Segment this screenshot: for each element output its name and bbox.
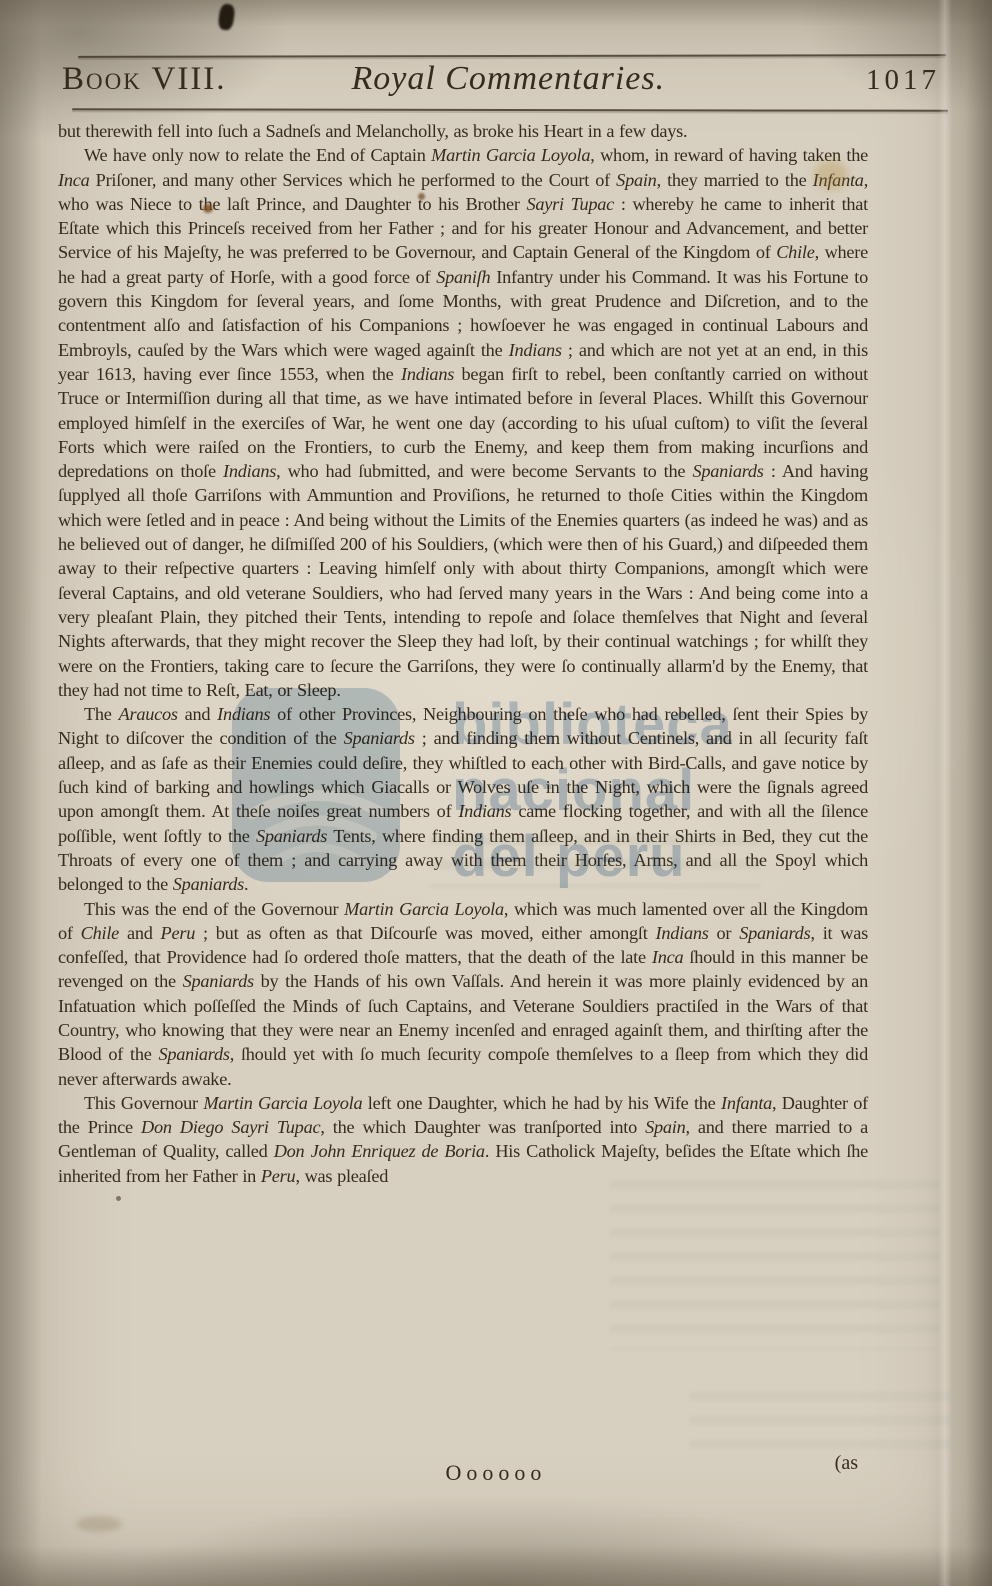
text-run: Don Diego Sayri Tupac <box>141 1117 320 1137</box>
text-run: Spaniards <box>256 826 327 846</box>
text-run: Spaniards <box>183 971 254 991</box>
text-run: Infanta <box>721 1093 772 1113</box>
text-run: Inca <box>652 947 683 967</box>
text-run: Martin Garcia Loyola <box>203 1093 362 1113</box>
text-run: , they married to the <box>657 170 813 190</box>
text-run: Spaniſh <box>436 267 490 287</box>
paragraph: This Governour Martin Garcia Loyola left… <box>58 1091 868 1188</box>
text-run: , whom, in reward of having taken the <box>590 145 868 165</box>
text-run: . <box>244 874 248 894</box>
text-run: Spain <box>645 1117 685 1137</box>
running-title: Royal Commentaries. <box>351 60 665 98</box>
running-header: Book VIII. Royal Commentaries. 1017 <box>62 60 940 98</box>
text-run: Don John Enriquez de Boria <box>274 1141 485 1161</box>
page-crease <box>938 0 952 1586</box>
text-run: Spaniards <box>739 923 810 943</box>
text-run: Spaniards <box>173 874 244 894</box>
text-run: ; but as often as that Diſcourſe was mov… <box>195 923 655 943</box>
text-run: Spaniards <box>692 461 763 481</box>
page-number: 1017 <box>866 64 940 97</box>
paragraph: but therewith fell into ſuch a Sadneſs a… <box>58 119 868 143</box>
text-run: but therewith fell into ſuch a Sadneſs a… <box>58 121 687 141</box>
text-run: Indians <box>401 364 454 384</box>
text-run: , who had ſubmitted, and were become Ser… <box>276 461 692 481</box>
text-run: Martin Garcia Loyola <box>344 899 504 919</box>
text-run: Chile <box>81 923 119 943</box>
text-run: Indians <box>458 801 511 821</box>
paragraph: This was the end of the Governour Martin… <box>58 897 868 1091</box>
text-run: , was pleaſed <box>295 1166 388 1186</box>
text-run: This was the end of the Governour <box>84 899 344 919</box>
text-run: and <box>178 704 217 724</box>
text-run: Sayri Tupac <box>526 194 614 214</box>
bleed-through <box>690 1392 950 1464</box>
text-run: left one Daughter, which he had by his W… <box>362 1093 721 1113</box>
book-page-scan: Book VIII. Royal Commentaries. 1017 but … <box>0 0 992 1586</box>
text-run: Spaniards <box>344 728 415 748</box>
text-block: but therewith fell into ſuch a Sadneſs a… <box>58 119 868 1188</box>
paragraph: We have only now to relate the End of Ca… <box>58 143 868 702</box>
text-run: Chile <box>776 242 814 262</box>
text-run: Inca <box>58 170 89 190</box>
text-run: We have only now to relate the End of Ca… <box>84 145 431 165</box>
text-run: or <box>709 923 740 943</box>
catchword: (as <box>835 1452 858 1475</box>
text-run: Indians <box>217 704 270 724</box>
paper-stain <box>116 1196 121 1201</box>
text-run: The <box>84 704 119 724</box>
bleed-through <box>610 1180 940 1350</box>
text-run: Infanta <box>813 170 864 190</box>
header-rule-top <box>78 54 946 58</box>
text-run: Peru <box>261 1166 296 1186</box>
text-run: Indians <box>656 923 709 943</box>
text-run: Spain <box>616 170 656 190</box>
text-run: Spaniards <box>159 1044 230 1064</box>
text-run: , the which Daughter was tranſported int… <box>320 1117 645 1137</box>
book-label: Book VIII. <box>62 61 227 98</box>
text-run: Priſoner, and many other Services which … <box>89 170 616 190</box>
text-run: and <box>119 923 161 943</box>
ink-blot <box>217 3 235 31</box>
text-run: : And having ſupplyed all thoſe Garriſon… <box>58 461 868 700</box>
text-run: Martin Garcia Loyola <box>431 145 590 165</box>
text-run: Peru <box>161 923 196 943</box>
header-rule-bottom <box>72 108 948 112</box>
paragraph: The Araucos and Indians of other Provinc… <box>58 702 868 896</box>
text-run: Araucos <box>119 704 178 724</box>
text-run: Indians <box>223 461 276 481</box>
text-run: This Governour <box>84 1093 203 1113</box>
text-run: Indians <box>509 340 562 360</box>
paper-stain <box>76 1516 122 1532</box>
